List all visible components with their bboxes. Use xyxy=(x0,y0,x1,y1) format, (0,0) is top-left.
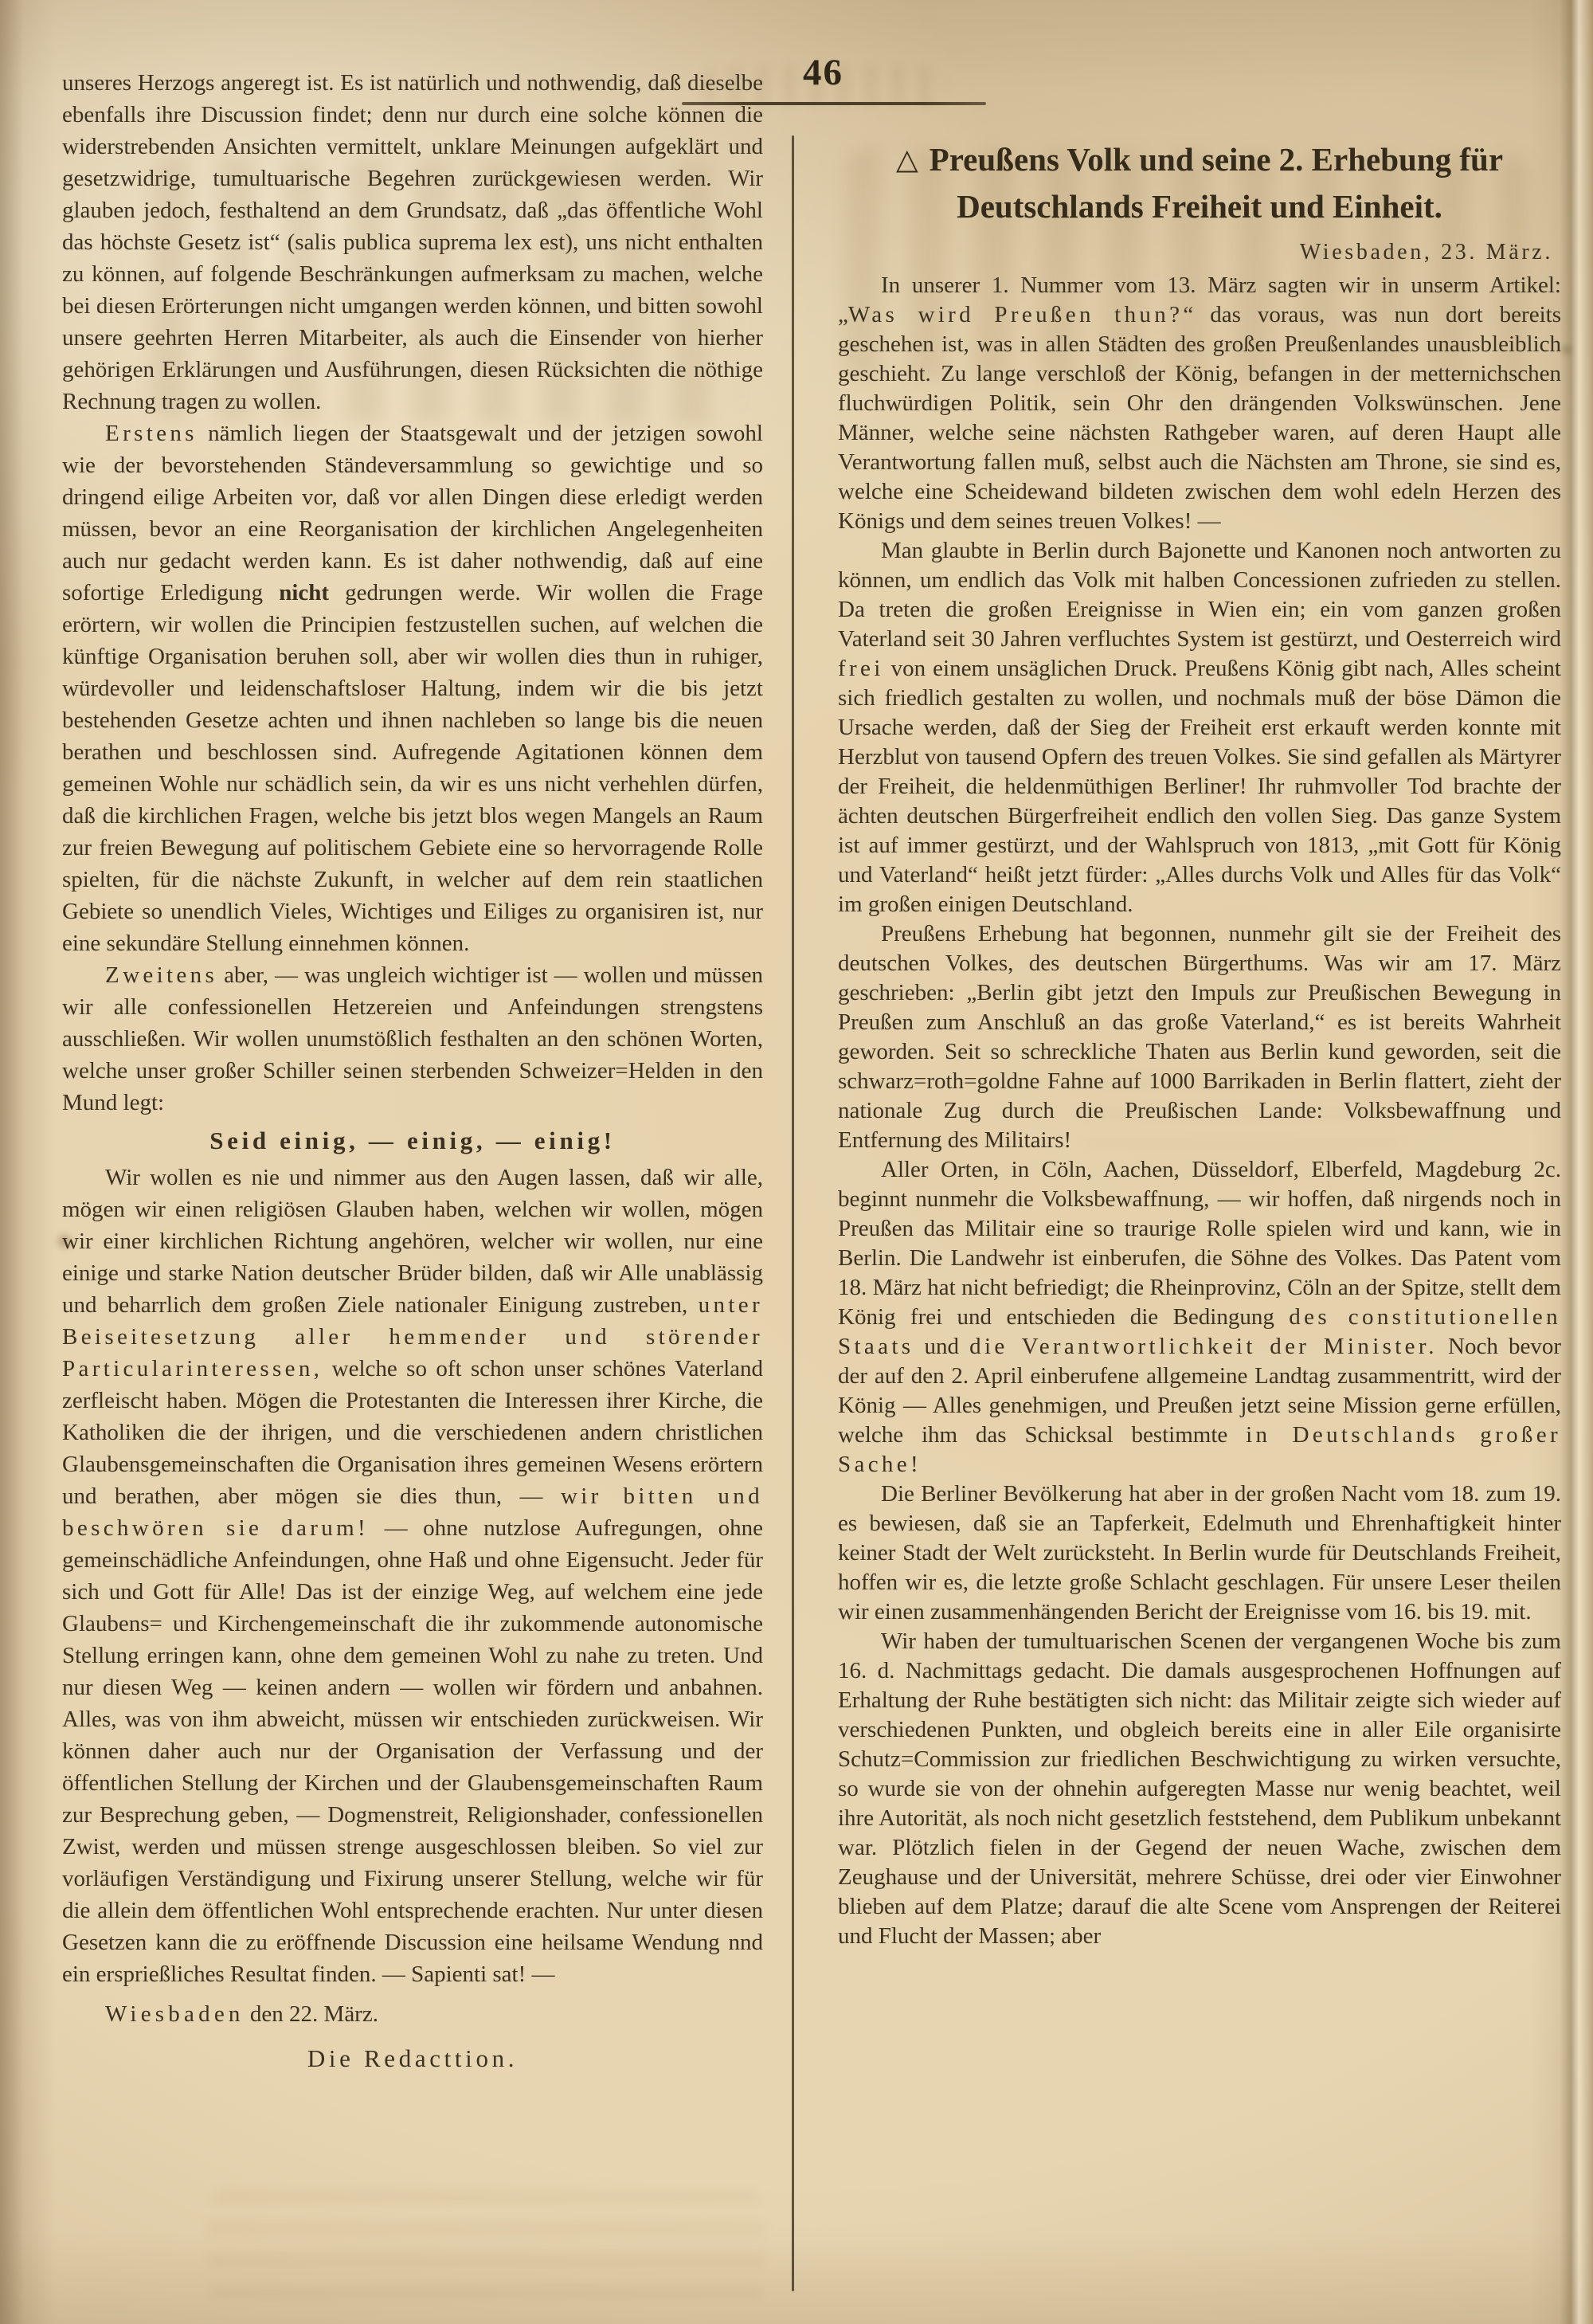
paragraph-erstens: Erstens nämlich liegen der Staatsgewalt … xyxy=(62,417,763,959)
headline-line1-text: Preußens Volk und seine 2. Erhebung für xyxy=(930,141,1503,178)
headline-line1: △Preußens Volk und seine 2. Erhebung für xyxy=(838,137,1561,184)
paragraph-wir-wollen: Wir wollen es nie und nimmer aus den Aug… xyxy=(62,1162,763,1990)
column-divider-rule xyxy=(792,135,794,2291)
bleedthrough-footer-left xyxy=(207,2191,765,2302)
paragraph-tumultuarische-scenen: Wir haben der tumultuarischen Scenen der… xyxy=(838,1627,1561,1951)
scan-left-edge-shadow xyxy=(0,0,24,2324)
paragraph-man-glaubte: Man glaubte in Berlin durch Bajonette un… xyxy=(838,536,1561,919)
paragraph-berliner-bevoelkerung: Die Berliner Bevölkerung hat aber in der… xyxy=(838,1479,1561,1627)
right-column: △Preußens Volk und seine 2. Erhebung für… xyxy=(838,132,1561,1951)
redaction-signature: Die Redacttion. xyxy=(62,2043,763,2075)
dateline-left: Wiesbaden den 22. März. xyxy=(62,1998,763,2030)
article-headline: △Preußens Volk und seine 2. Erhebung für… xyxy=(838,137,1561,229)
schiller-quote-line: Seid einig, — einig, — einig! xyxy=(62,1125,763,1157)
page-number: 46 xyxy=(803,51,843,94)
paragraph-in-unserer-nummer: In unserer 1. Nummer vom 13. März sagten… xyxy=(838,271,1561,536)
paragraph-preussens-erhebung: Preußens Erhebung hat begonnen, nunmehr … xyxy=(838,919,1561,1155)
paragraph-continuation: unseres Herzogs angeregt ist. Es ist nat… xyxy=(62,67,763,417)
left-column: unseres Herzogs angeregt ist. Es ist nat… xyxy=(62,67,763,2075)
headline-line2: Deutschlands Freiheit und Einheit. xyxy=(838,184,1561,229)
paragraph-aller-orten: Aller Orten, in Cöln, Aachen, Düsseldorf… xyxy=(838,1155,1561,1479)
dateline-right: Wiesbaden, 23. März. xyxy=(838,236,1561,269)
scan-right-page-edge xyxy=(1560,0,1593,2324)
paragraph-zweitens: Zweitens aber, — was ungleich wichtiger … xyxy=(62,959,763,1119)
triangle-article-marker-icon: △ xyxy=(896,143,918,175)
newspaper-page-scan: 46 unseres Herzogs angeregt ist. Es ist … xyxy=(0,0,1593,2324)
